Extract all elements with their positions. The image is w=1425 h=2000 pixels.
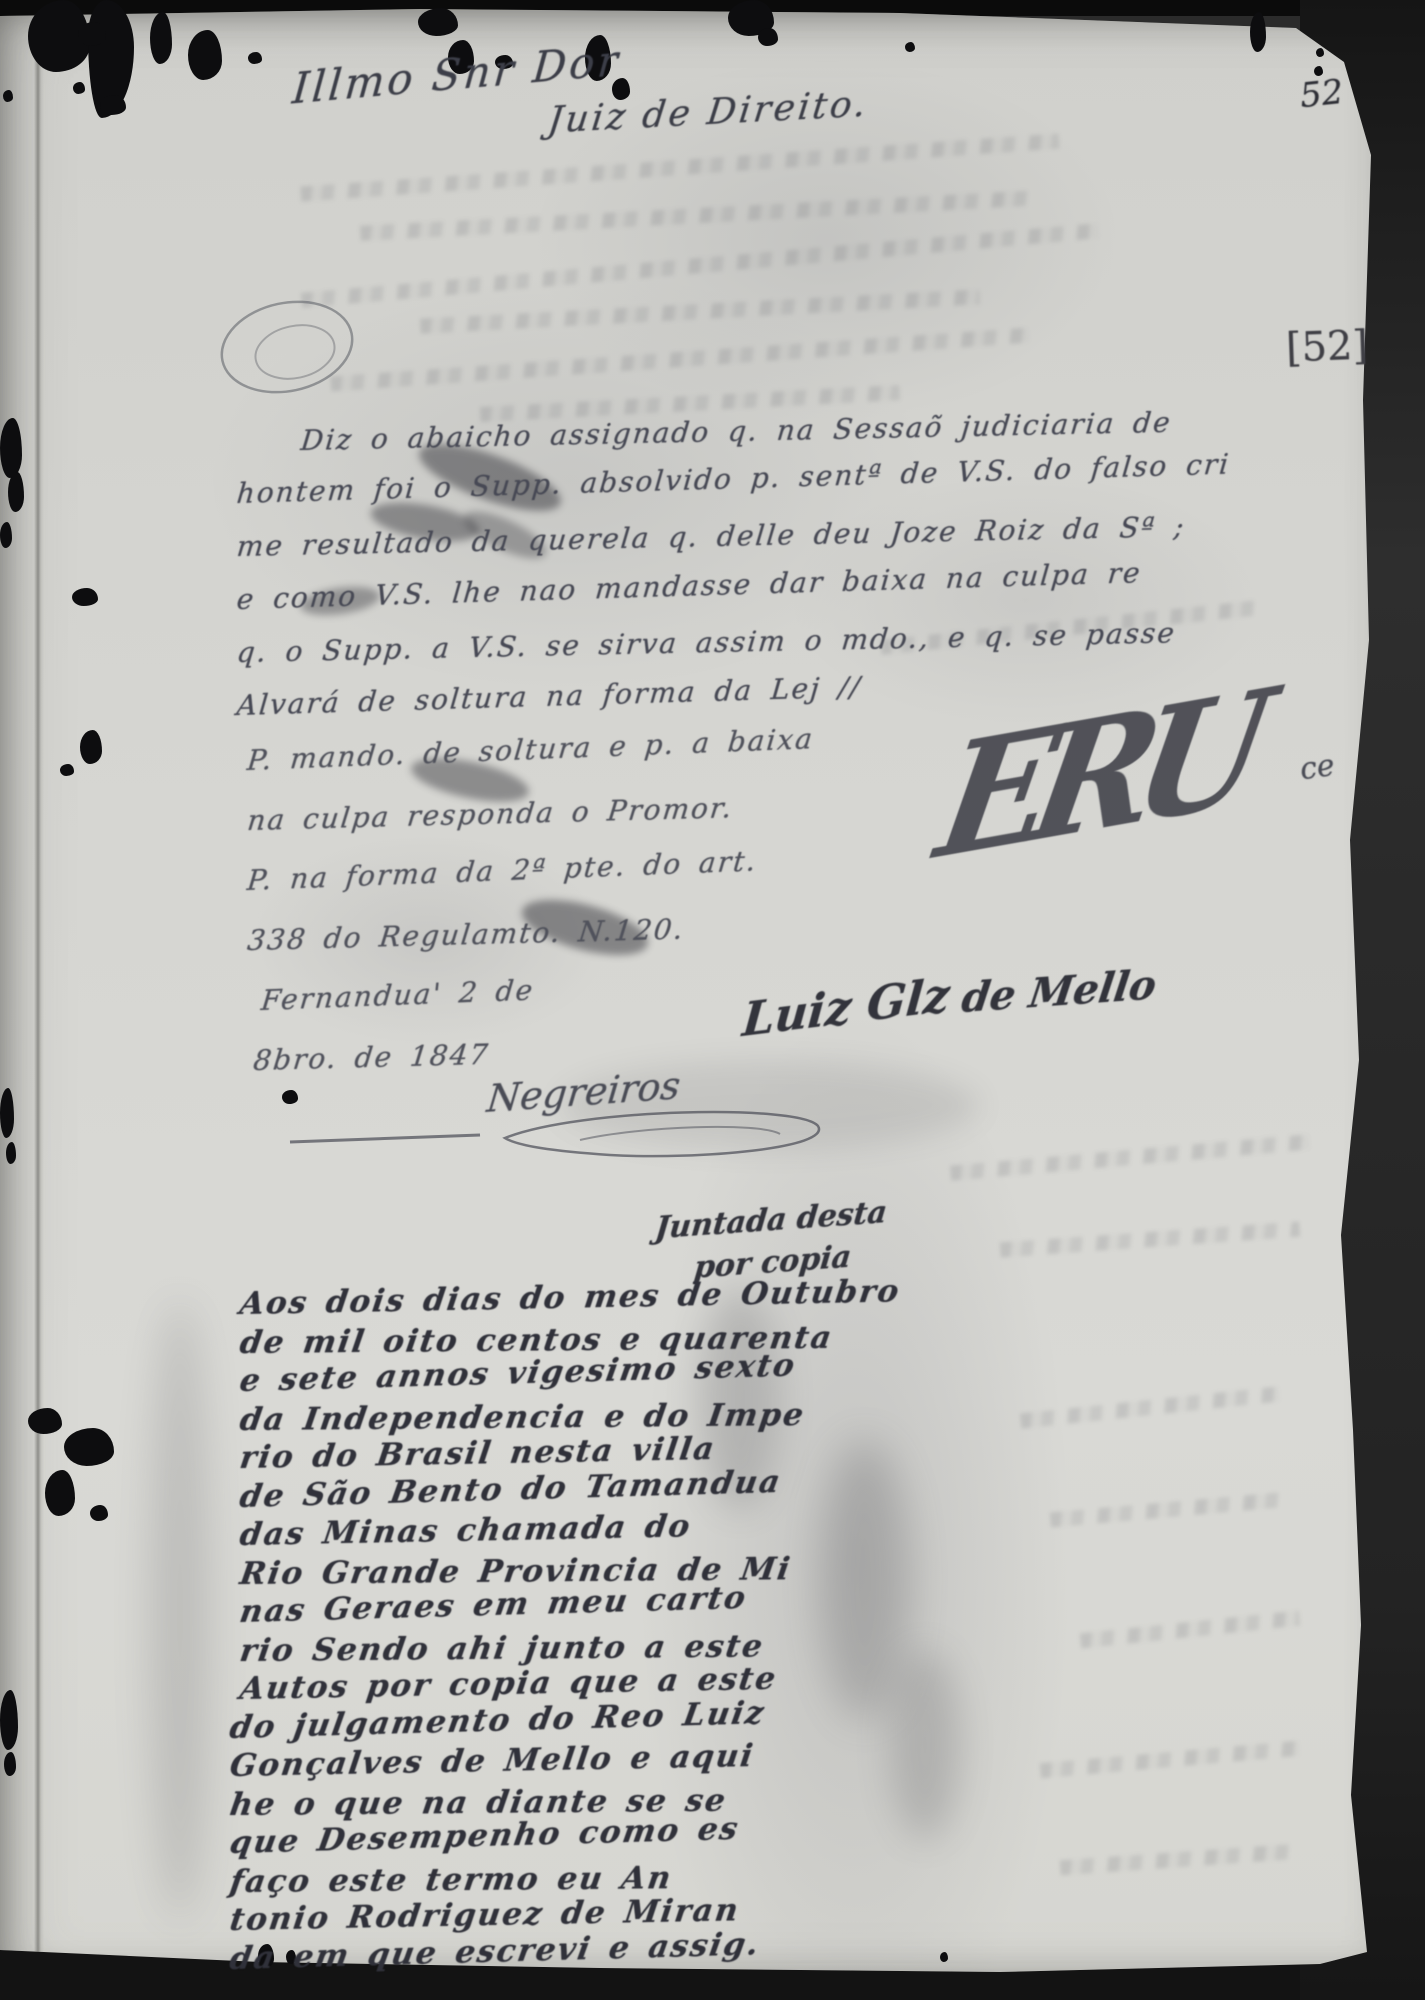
signature-flourish xyxy=(280,1100,820,1170)
fold-crease xyxy=(34,14,44,1952)
ink-blot xyxy=(4,1752,16,1776)
ink-blot xyxy=(758,28,778,46)
ink-blot xyxy=(45,1470,75,1516)
ink-blot xyxy=(100,95,126,115)
ink-blot xyxy=(0,522,12,548)
folio-stamp: [52] xyxy=(1285,323,1369,372)
termo-text: Aos dois dias do mes de Outubrode mil oi… xyxy=(240,1286,900,1979)
stain xyxy=(150,1300,210,1920)
ink-blot xyxy=(60,764,74,776)
ink-blot xyxy=(0,418,22,478)
ink-blot xyxy=(64,1428,114,1466)
ink-blot xyxy=(150,12,172,64)
ink-blot xyxy=(188,30,222,80)
page-number: 52 xyxy=(1298,72,1345,116)
ink-blot xyxy=(905,42,915,52)
ink-blot xyxy=(940,1952,948,1962)
scanned-manuscript-page: Illmo Snr Dor Juiz de Direito. 52 [52] D… xyxy=(0,0,1425,2000)
ink-blot xyxy=(3,90,13,102)
ink-blot xyxy=(78,22,106,46)
ink-blot xyxy=(8,472,24,512)
ink-blot xyxy=(80,730,102,764)
ink-blot xyxy=(1250,12,1266,52)
ink-blot xyxy=(0,1690,18,1750)
ink-blot xyxy=(248,52,262,64)
ink-blot xyxy=(72,588,98,606)
signature-rubric-superscript: ce xyxy=(1298,748,1337,787)
ink-blot xyxy=(0,1088,14,1138)
despacho-text: P. mando. de soltura e p. a baixana culp… xyxy=(246,744,813,1104)
ink-blot xyxy=(90,1505,108,1521)
ink-blot xyxy=(418,8,458,36)
ink-blot xyxy=(28,1408,62,1434)
flourish-oval xyxy=(215,292,365,407)
ink-blot xyxy=(73,82,85,94)
ink-blot xyxy=(6,1142,16,1164)
ink-blot xyxy=(1316,48,1324,57)
